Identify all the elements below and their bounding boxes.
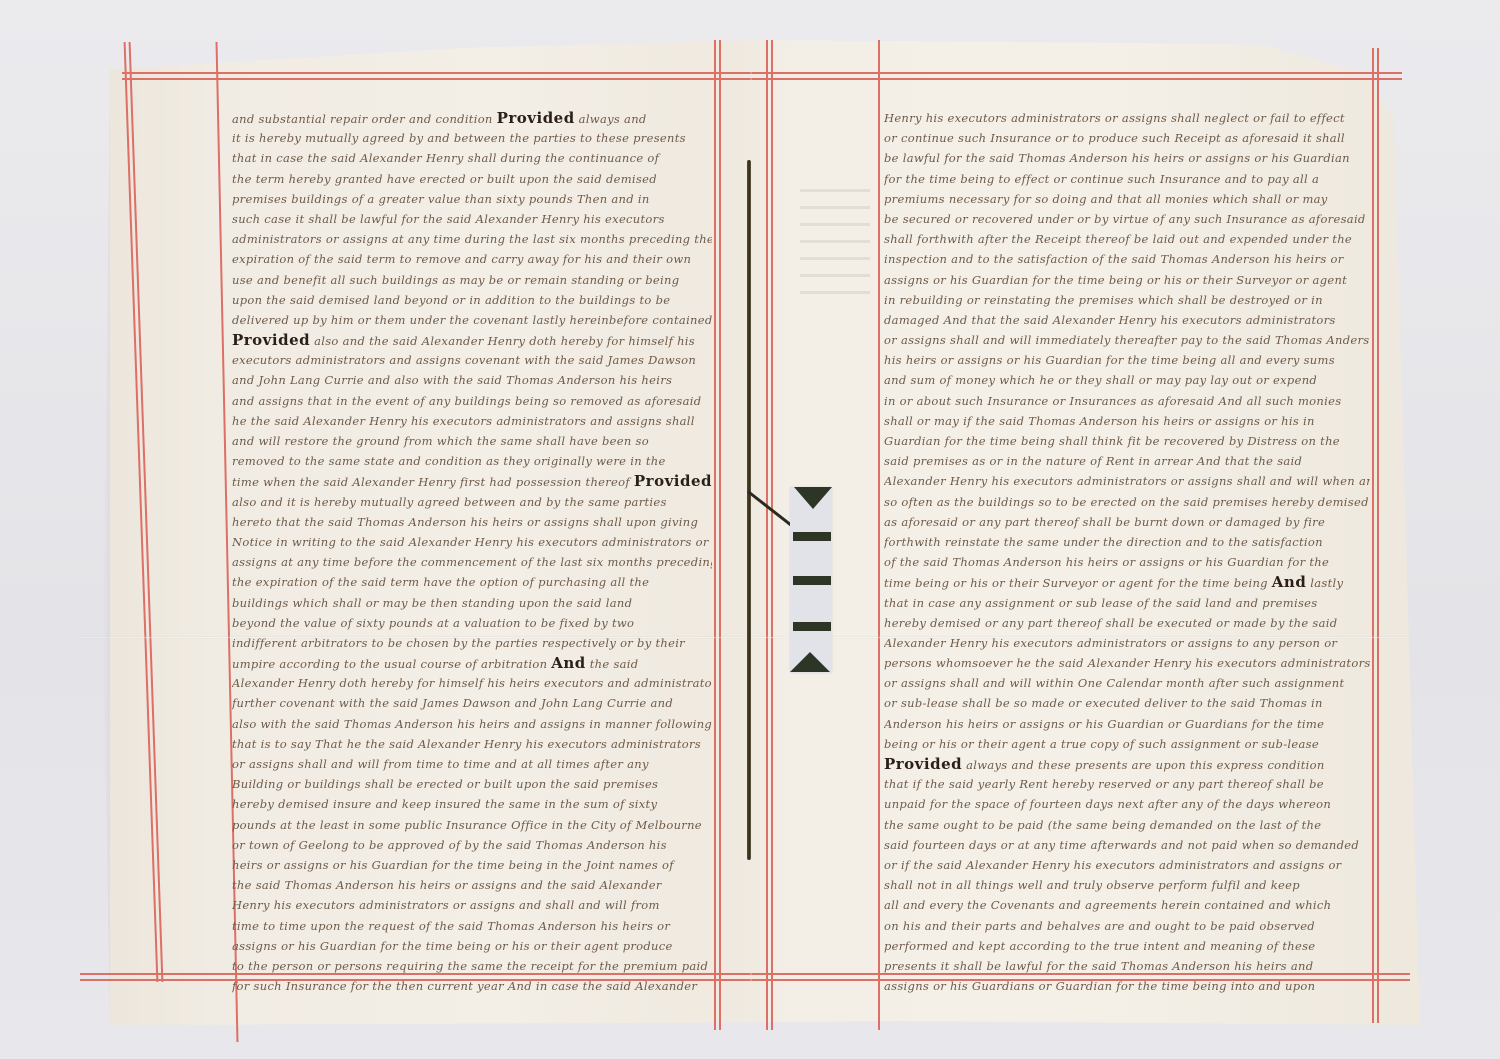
text-line: he the said Alexander Henry his executor… xyxy=(232,411,712,431)
text-line: administrators or assigns at any time du… xyxy=(232,229,712,249)
text-line: be secured or recovered under or by virt… xyxy=(884,209,1370,229)
text-line: for the time being to effect or continue… xyxy=(884,169,1370,189)
left-page-text: and substantial repair order and conditi… xyxy=(232,108,712,996)
text-line: it is hereby mutually agreed by and betw… xyxy=(232,128,712,148)
text-line: that in case the said Alexander Henry sh… xyxy=(232,148,712,168)
text-line: that if the said yearly Rent hereby rese… xyxy=(884,774,1370,794)
left-inner-rule xyxy=(714,40,716,1030)
text-line: of the said Thomas Anderson his heirs or… xyxy=(884,552,1370,572)
right-text-margin-rule xyxy=(878,40,880,1030)
text-line: his heirs or assigns or his Guardian for… xyxy=(884,350,1370,370)
text-line: or assigns shall and will immediately th… xyxy=(884,330,1370,350)
text-line: damaged And that the said Alexander Henr… xyxy=(884,310,1370,330)
text-line: assigns at any time before the commencem… xyxy=(232,552,712,572)
right-inner-rule xyxy=(766,40,768,1030)
text-line: or continue such Insurance or to produce… xyxy=(884,128,1370,148)
text-line: shall forthwith after the Receipt thereo… xyxy=(884,229,1370,249)
text-line: be lawful for the said Thomas Anderson h… xyxy=(884,148,1370,168)
text-line: Provided always and these presents are u… xyxy=(884,754,1370,774)
text-line: such case it shall be lawful for the sai… xyxy=(232,209,712,229)
text-line: or town of Geelong to be approved of by … xyxy=(232,835,712,855)
right-inner-rule xyxy=(771,40,773,1030)
text-line: for such Insurance for the then current … xyxy=(232,976,712,996)
top-ruling-line xyxy=(122,72,1402,74)
text-line: upon the said demised land beyond or in … xyxy=(232,290,712,310)
text-line: premises buildings of a greater value th… xyxy=(232,189,712,209)
text-line: or if the said Alexander Henry his execu… xyxy=(884,855,1370,875)
text-line: the expiration of the said term have the… xyxy=(232,572,712,592)
text-line: or sub-lease shall be so made or execute… xyxy=(884,693,1370,713)
ribbon-bar xyxy=(793,576,831,585)
text-line: all and every the Covenants and agreemen… xyxy=(884,895,1370,915)
text-line: performed and kept according to the true… xyxy=(884,936,1370,956)
ribbon-bar xyxy=(793,532,831,541)
text-line: time to time upon the request of the sai… xyxy=(232,916,712,936)
text-line: Alexander Henry his executors administra… xyxy=(884,471,1370,491)
text-line: indifferent arbitrators to be chosen by … xyxy=(232,633,712,653)
top-ruling-line xyxy=(122,78,1402,80)
text-line: time being or his or their Surveyor or a… xyxy=(884,572,1370,592)
text-line: umpire according to the usual course of … xyxy=(232,653,712,673)
text-line: heirs or assigns or his Guardian for the… xyxy=(232,855,712,875)
text-line: unpaid for the space of fourteen days ne… xyxy=(884,794,1370,814)
text-line: to the person or persons requiring the s… xyxy=(232,956,712,976)
ribbon-top-triangle-icon xyxy=(794,487,832,509)
text-line: Building or buildings shall be erected o… xyxy=(232,774,712,794)
text-line: executors administrators and assigns cov… xyxy=(232,350,712,370)
text-line: and assigns that in the event of any bui… xyxy=(232,391,712,411)
text-line: being or his or their agent a true copy … xyxy=(884,734,1370,754)
blackletter-heading: Provided xyxy=(232,331,310,349)
text-line: as aforesaid or any part thereof shall b… xyxy=(884,512,1370,532)
text-line: Provided also and the said Alexander Hen… xyxy=(232,330,712,350)
text-line: assigns or his Guardians or Guardian for… xyxy=(884,976,1370,996)
text-line: or assigns shall and will from time to t… xyxy=(232,754,712,774)
text-line: removed to the same state and condition … xyxy=(232,451,712,471)
text-line: Alexander Henry doth hereby for himself … xyxy=(232,673,712,693)
text-line: in or about such Insurance or Insurances… xyxy=(884,391,1370,411)
blackletter-heading: And xyxy=(1272,573,1307,591)
text-line: expiration of the said term to remove an… xyxy=(232,249,712,269)
blackletter-heading: Provided xyxy=(634,472,712,490)
right-outer-margin-rule xyxy=(1377,48,1379,1023)
text-line: persons whomsoever he the said Alexander… xyxy=(884,653,1370,673)
text-line: Anderson his heirs or assigns or his Gua… xyxy=(884,714,1370,734)
text-line: time when the said Alexander Henry first… xyxy=(232,471,712,491)
text-line: and sum of money which he or they shall … xyxy=(884,370,1370,390)
text-line: pounds at the least in some public Insur… xyxy=(232,815,712,835)
text-line: or assigns shall and will within One Cal… xyxy=(884,673,1370,693)
text-line: Alexander Henry his executors administra… xyxy=(884,633,1370,653)
text-line: buildings which shall or may be then sta… xyxy=(232,593,712,613)
text-line: hereby demised insure and keep insured t… xyxy=(232,794,712,814)
text-line: assigns or his Guardian for the time bei… xyxy=(232,936,712,956)
text-line: and substantial repair order and conditi… xyxy=(232,108,712,128)
text-line: inspection and to the satisfaction of th… xyxy=(884,249,1370,269)
text-line: Henry his executors administrators or as… xyxy=(884,108,1370,128)
text-line: Guardian for the time being shall think … xyxy=(884,431,1370,451)
text-line: Henry his executors administrators or as… xyxy=(232,895,712,915)
text-line: presents it shall be lawful for the said… xyxy=(884,956,1370,976)
binding-thread xyxy=(747,160,751,860)
text-line: hereby demised or any part thereof shall… xyxy=(884,613,1370,633)
text-line: shall not in all things well and truly o… xyxy=(884,875,1370,895)
blackletter-heading: And xyxy=(551,654,586,672)
right-page-text: Henry his executors administrators or as… xyxy=(884,108,1370,996)
text-line: that is to say That he the said Alexande… xyxy=(232,734,712,754)
text-line: the term hereby granted have erected or … xyxy=(232,169,712,189)
text-line: beyond the value of sixty pounds at a va… xyxy=(232,613,712,633)
text-line: also with the said Thomas Anderson his h… xyxy=(232,714,712,734)
text-line: on his and their parts and behalves are … xyxy=(884,916,1370,936)
text-line: and will restore the ground from which t… xyxy=(232,431,712,451)
text-line: in rebuilding or reinstating the premise… xyxy=(884,290,1370,310)
text-line: that in case any assignment or sub lease… xyxy=(884,593,1370,613)
text-line: the said Thomas Anderson his heirs or as… xyxy=(232,875,712,895)
text-line: forthwith reinstate the same under the d… xyxy=(884,532,1370,552)
text-line: also and it is hereby mutually agreed be… xyxy=(232,492,712,512)
text-line: the same ought to be paid (the same bein… xyxy=(884,815,1370,835)
blackletter-heading: Provided xyxy=(884,755,962,773)
text-line: said fourteen days or at any time afterw… xyxy=(884,835,1370,855)
text-line: further covenant with the said James Daw… xyxy=(232,693,712,713)
text-line: shall or may if the said Thomas Anderson… xyxy=(884,411,1370,431)
bleed-through-text xyxy=(800,175,870,295)
text-line: and John Lang Currie and also with the s… xyxy=(232,370,712,390)
text-line: hereto that the said Thomas Anderson his… xyxy=(232,512,712,532)
text-line: delivered up by him or them under the co… xyxy=(232,310,712,330)
blackletter-heading: Provided xyxy=(497,109,575,127)
text-line: assigns or his Guardian for the time bei… xyxy=(884,270,1370,290)
text-line: use and benefit all such buildings as ma… xyxy=(232,270,712,290)
text-line: Notice in writing to the said Alexander … xyxy=(232,532,712,552)
text-line: so often as the buildings so to be erect… xyxy=(884,492,1370,512)
ribbon-bottom-triangle-icon xyxy=(790,652,830,672)
ribbon-bar xyxy=(793,622,831,631)
left-inner-rule xyxy=(719,40,721,1030)
right-outer-margin-rule xyxy=(1372,48,1374,1023)
text-line: said premises as or in the nature of Ren… xyxy=(884,451,1370,471)
text-line: premiums necessary for so doing and that… xyxy=(884,189,1370,209)
